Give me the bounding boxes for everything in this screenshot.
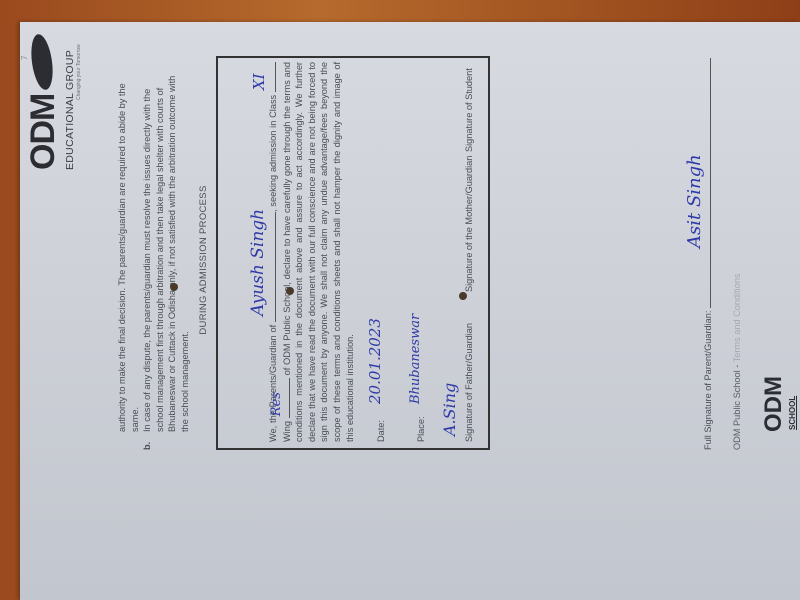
wing-field: Res — [280, 378, 290, 418]
place-handwritten: Bhubaneswar — [408, 314, 423, 404]
date-row: Date: 20.01.2023 — [370, 142, 390, 442]
paper-hole — [459, 292, 467, 300]
clause-item-b: b. In case of any dispute, the parents/g… — [141, 70, 191, 450]
full-signature-label: Full Signature of Parent/Guardian: — [703, 311, 713, 450]
declaration-part4: of ODM Public School, declare to have ca… — [282, 62, 355, 442]
father-signature-label: Signature of Father/Guardian — [464, 323, 474, 442]
logo-odm-text: ODM — [24, 94, 63, 170]
paper-hole — [286, 287, 294, 295]
footer-school: ODM Public School - — [732, 365, 742, 450]
father-signature-handwritten: A.Sing — [440, 383, 459, 436]
declaration-text: We, the Parents/Guardian of Ayush Singh,… — [266, 62, 356, 442]
footer: ODM Public School - Terms and Conditions — [732, 273, 742, 450]
declaration-part2: , seeking admission in Class — [268, 95, 278, 212]
wing-handwritten: Res — [271, 392, 284, 416]
full-signature-row: Full Signature of Parent/Guardian: Asit … — [700, 30, 713, 450]
section-title: DURING ADMISSION PROCESS — [198, 70, 209, 450]
school-logo-odm: ODM — [760, 376, 788, 432]
declaration-part1: We, the Parents/Guardian of — [268, 325, 278, 442]
odm-educational-group-logo: ODM EDUCATIONAL GROUP Changing your Tomo… — [24, 30, 90, 170]
signature-row: A.Sing Signature of Father/Guardian Sign… — [440, 62, 480, 442]
logo-group-text: EDUCATIONAL GROUP — [64, 50, 76, 170]
declaration-part3: Wing — [282, 421, 292, 442]
student-name-field: Ayush Singh — [266, 212, 276, 322]
student-name-handwritten: Ayush Singh — [252, 209, 265, 316]
rotated-document: ODM EDUCATIONAL GROUP Changing your Tomo… — [20, 22, 800, 600]
class-field: XI — [266, 62, 276, 92]
date-label: Date: — [376, 420, 386, 442]
school-logo-label: SCHOOL — [788, 396, 797, 430]
paper-hole — [170, 283, 178, 291]
odm-school-logo: ODM SCHOOL — [760, 350, 800, 450]
logo-swoosh-icon — [28, 33, 56, 91]
logo-tagline: Changing your Tomorrow — [76, 44, 82, 100]
full-signature-handwritten: Asit Singh — [684, 154, 705, 248]
date-handwritten: 20.01.2023 — [366, 318, 384, 404]
place-row: Place: Bhubaneswar — [410, 142, 430, 442]
footer-doc-name: Terms and Conditions — [732, 273, 742, 362]
class-handwritten: XI — [253, 73, 266, 90]
clause-item-b-label: b. — [141, 442, 154, 450]
place-label: Place: — [416, 416, 426, 442]
mother-signature-label: Signature of the Mother/Guardian — [464, 156, 474, 292]
full-signature-line: Asit Singh — [700, 58, 711, 308]
clause-continuation: authority to make the final decision. Th… — [116, 70, 141, 450]
page-number: 7 — [20, 56, 29, 60]
student-signature-label: Signature of Student — [464, 68, 474, 152]
clause-item-b-text: In case of any dispute, the parents/guar… — [142, 76, 190, 432]
previous-clause-block: authority to make the final decision. Th… — [116, 70, 191, 450]
